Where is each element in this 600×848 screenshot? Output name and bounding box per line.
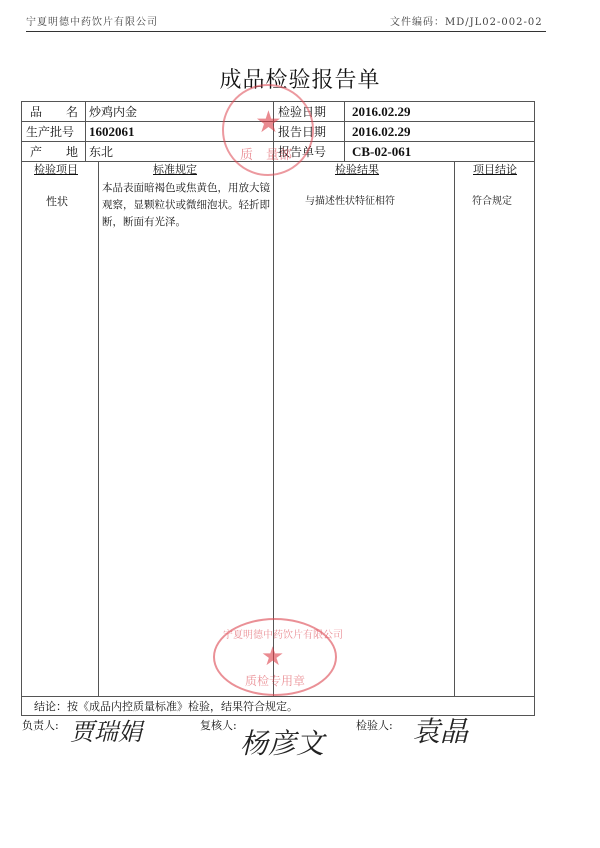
- batch-value: 1602061: [89, 122, 135, 142]
- document-code: 文件编码：MD/JL02-002-02: [390, 13, 543, 28]
- origin-label: 产 地: [30, 142, 78, 162]
- inspector-signature: 袁晶: [412, 710, 468, 750]
- inspector-label: 检验人:: [356, 717, 393, 733]
- reviewer-label: 复核人:: [200, 717, 237, 733]
- col-header-result: 检验结果: [335, 161, 379, 179]
- col-divider: [454, 161, 455, 696]
- responsible-label: 负责人:: [22, 717, 59, 733]
- row-standard: 本品表面暗褐色或焦黄色，用放大镜观察，显颗粒状或微细泡状。轻折即断，断面有光泽。: [102, 180, 274, 231]
- header-divider: [26, 31, 546, 32]
- report-no-value: CB-02-061: [352, 142, 411, 162]
- reviewer-signature: 杨彦文: [240, 722, 324, 762]
- col-header-standard: 标准规定: [153, 161, 197, 179]
- stamp-center-text: 质检专用章: [245, 672, 305, 689]
- col-divider: [98, 161, 99, 696]
- qc-seal-stamp: 宁夏明德中药饮片有限公司 ★ 质检专用章: [213, 618, 337, 696]
- inspect-date-value: 2016.02.29: [352, 102, 411, 122]
- row-result: 与描述性状特征相符: [305, 192, 395, 212]
- stamp-arc-text: 宁夏明德中药饮片有限公司: [223, 626, 343, 641]
- company-header: 宁夏明德中药饮片有限公司: [26, 13, 158, 28]
- stamp-text: 质 量部: [240, 144, 292, 163]
- col-header-conclusion: 项目结论: [473, 161, 517, 179]
- col-divider: [344, 102, 345, 161]
- star-icon: ★: [255, 108, 282, 138]
- col-header-item: 检验项目: [34, 161, 78, 179]
- responsible-signature: 贾瑞娟: [70, 712, 142, 747]
- row-conclusion: 符合规定: [472, 192, 512, 212]
- product-name-label: 品 名: [30, 102, 78, 122]
- product-name-value: 炒鸡内金: [89, 102, 137, 122]
- quality-dept-stamp: ★ 质 量部: [222, 84, 314, 176]
- batch-label: 生产批号: [26, 122, 74, 142]
- report-date-value: 2016.02.29: [352, 122, 411, 142]
- origin-value: 东北: [89, 142, 113, 162]
- star-icon: ★: [261, 642, 284, 672]
- page-title: 成品检验报告单: [0, 63, 600, 94]
- col-divider: [85, 102, 86, 161]
- row-item: 性状: [46, 192, 68, 212]
